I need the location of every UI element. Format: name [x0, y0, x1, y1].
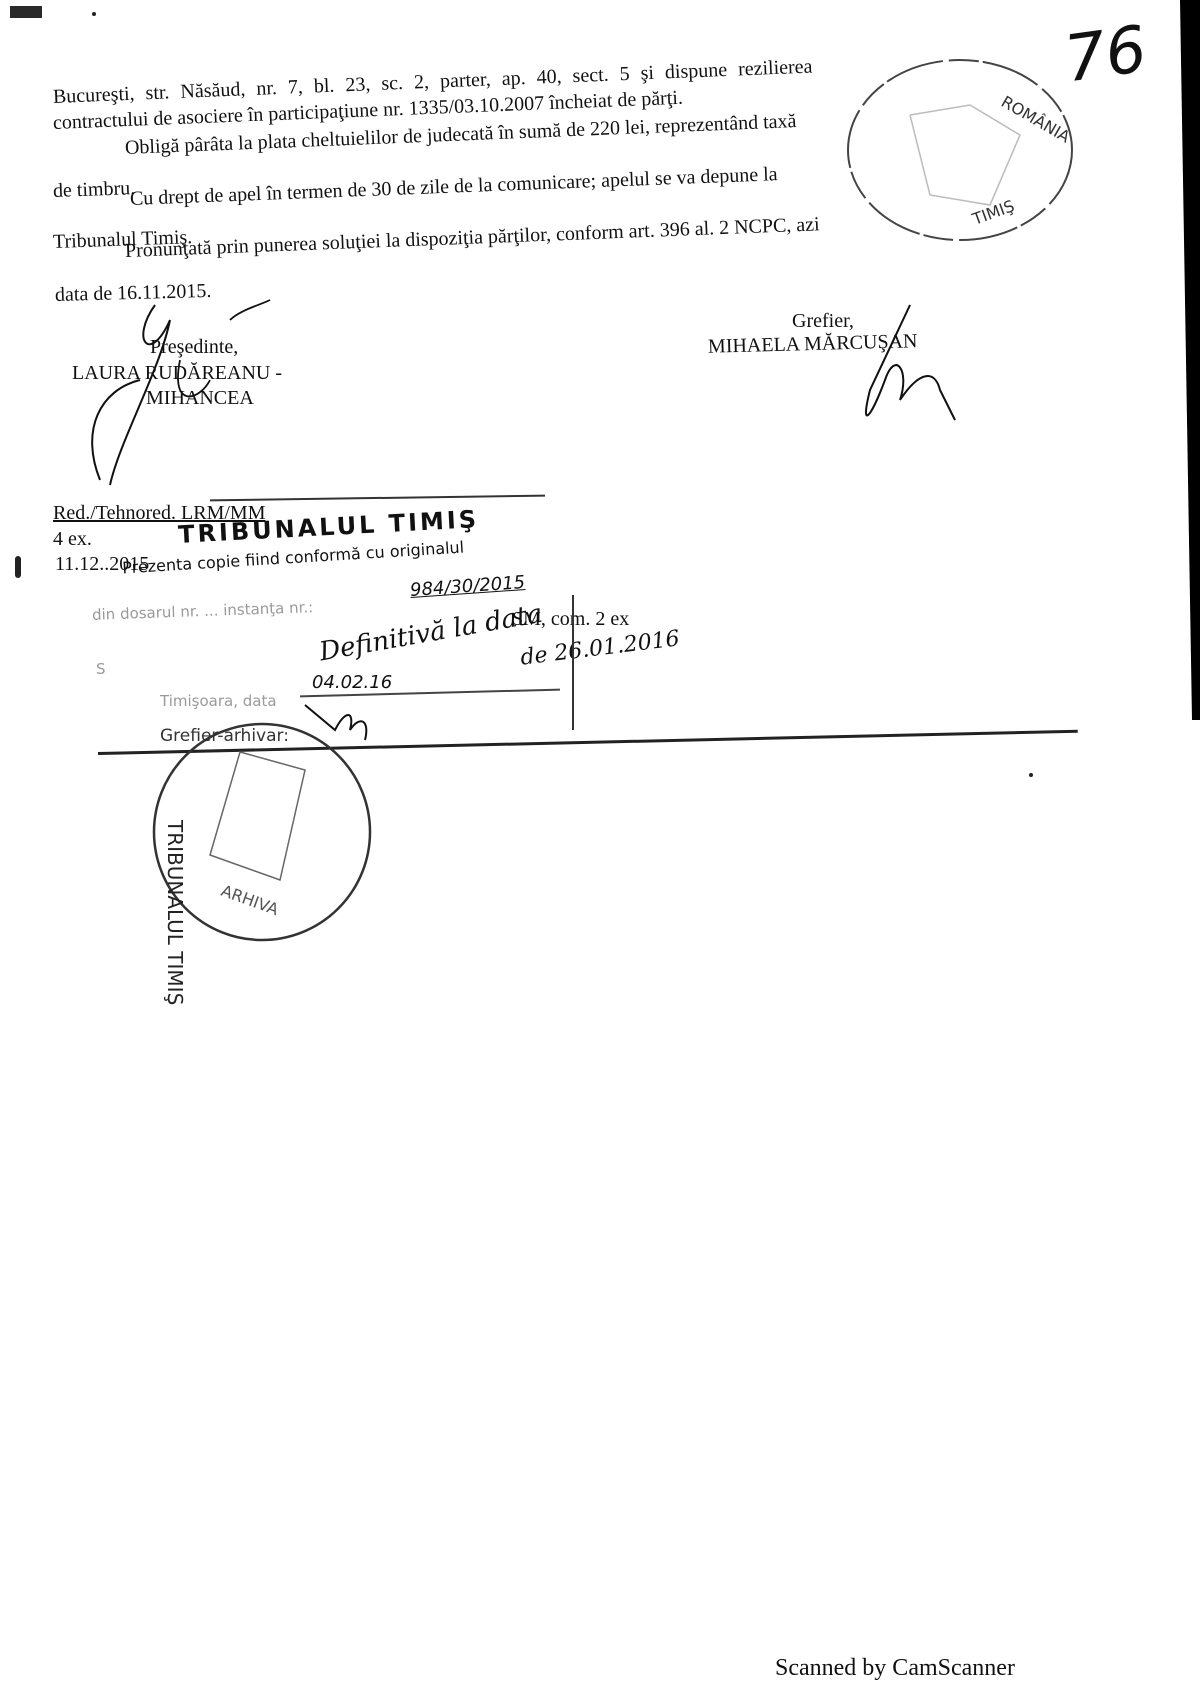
- seal-top-icon: ROMÂNIA TIMIŞ: [850, 55, 1120, 245]
- svg-text:TRIBUNALUL TIMIŞ: TRIBUNALUL TIMIŞ: [163, 819, 187, 1005]
- stamp-handwritten-date: de 26.01.2016: [519, 626, 681, 670]
- president-signature-icon: [60, 280, 290, 500]
- margin-mark: [15, 556, 21, 578]
- stamp-line-s-value: 04.02.16: [312, 672, 392, 693]
- body-line-4: de timbru.: [53, 177, 136, 203]
- stamp-line-dosar-label: din dosarul nr. ... instanţa nr.:: [92, 598, 314, 624]
- stamp-line-timisoara: Timişoara, data: [160, 692, 277, 710]
- seal-archive-icon: TRIBUNALUL TIMIŞ ARHIVA: [150, 720, 380, 940]
- scan-edge-shadow: [1180, 0, 1200, 720]
- scan-dot: [1029, 773, 1033, 777]
- scan-artifact: [10, 6, 42, 18]
- scan-dot: [92, 12, 96, 16]
- stamp-handwritten-definitive: Definitivă la data: [317, 599, 545, 668]
- body-line-5: Cu drept de apel în termen de 30 de zile…: [130, 163, 778, 211]
- clerk-signature-icon: [840, 300, 970, 440]
- stamp-right-border: [572, 595, 574, 730]
- svg-text:ROMÂNIA: ROMÂNIA: [998, 92, 1073, 147]
- scanner-footer: Scanned by CamScanner: [775, 1655, 1015, 1682]
- svg-text:TIMIŞ: TIMIŞ: [969, 196, 1017, 229]
- body-line-7: Pronunţată prin punerea soluţiei la disp…: [125, 213, 821, 263]
- svg-text:ARHIVA: ARHIVA: [219, 881, 282, 919]
- stamp-line-s-label: S: [96, 660, 106, 678]
- copies-note: 4 ex.: [53, 528, 92, 551]
- stamp-dosar-value: 984/30/2015: [409, 572, 525, 601]
- stamp-line-conform: Prezenta copie fiind conformă cu origina…: [122, 538, 465, 578]
